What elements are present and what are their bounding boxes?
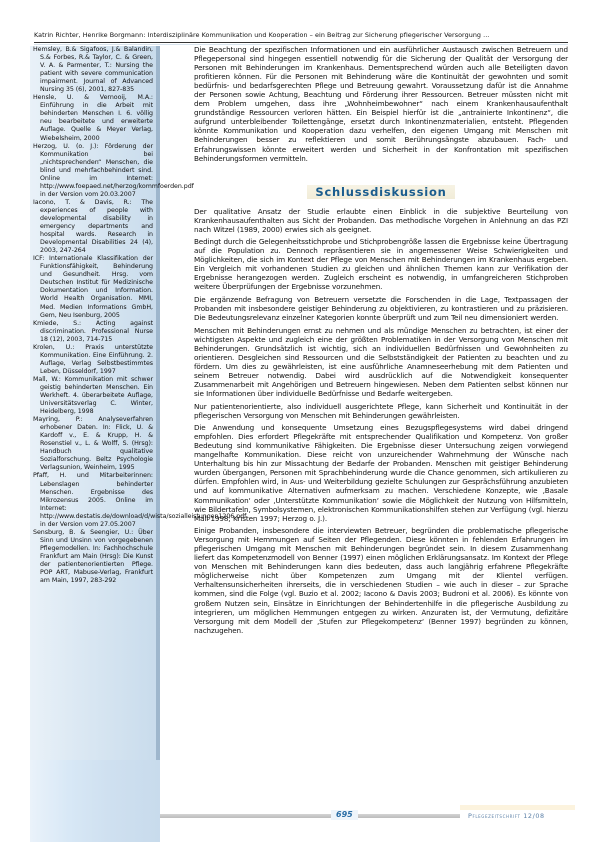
body-paragraph: Einige Probanden, insbesondere die inter… [194, 526, 568, 635]
sidebar-gradient-footer [30, 760, 160, 842]
body-paragraph: Nur patientenorientierte, also individue… [194, 402, 568, 420]
footer-highlight [460, 805, 575, 810]
reference-item: Iacono, T. & Davis, R.: The experiences … [33, 199, 153, 255]
footer-rule [160, 814, 460, 818]
body-paragraph: Der qualitative Ansatz der Studie erlaub… [194, 207, 568, 234]
reference-item: Herzog, U. (o. J.): Förderung der Kommun… [33, 143, 153, 199]
page-number: 695 [331, 810, 358, 820]
reference-item: ICF: Internationale Klassifikation der F… [33, 255, 153, 319]
reference-item: Hemsley, B.& Sigafoos, J.& Balandin, S.&… [33, 46, 153, 94]
page-footer: 695 Pflegezeitschrift 12/08 [160, 811, 575, 821]
section-heading: Schlussdiskussion [194, 185, 568, 199]
reference-item: Kmiede, S.: Acting against discriminatio… [33, 320, 153, 344]
reference-item: Mall, W.: Kommunikation mit schwer geist… [33, 376, 153, 416]
main-text-column: Die Beachtung der spezifischen Informati… [194, 45, 568, 638]
references-list: Hemsley, B.& Sigafoos, J.& Balandin, S.&… [33, 46, 153, 585]
running-title: Katrin Richter, Henrike Borgmann: Interd… [34, 31, 489, 39]
body-paragraph: Menschen mit Behinderungen ernst zu nehm… [194, 326, 568, 398]
reference-item: Pfaff, H. und Mitarbeiterinnen: Lebensla… [33, 472, 153, 528]
body-paragraph: Die ergänzende Befragung von Betreuern v… [194, 295, 568, 322]
intro-paragraph: Die Beachtung der spezifischen Informati… [194, 45, 568, 163]
journal-issue: Pflegezeitschrift 12/08 [468, 811, 545, 821]
reference-item: Sensburg, B. & Seengier, U.: Über Sinn u… [33, 529, 153, 585]
sidebar-edge-stripe [156, 46, 160, 842]
reference-item: Mayring, P.: Analyseverfahren erhobener … [33, 416, 153, 472]
body-paragraph: Bedingt durch die Gelegenheitsstichprobe… [194, 237, 568, 291]
running-header: Katrin Richter, Henrike Borgmann: Interd… [34, 30, 568, 43]
reference-item: Krolen, U.: Praxis unterstützte Kommunik… [33, 344, 153, 376]
section-title: Schlussdiskussion [307, 185, 454, 199]
reference-item: Hensle, U. & Vernooij, M.A.: Einführung … [33, 94, 153, 142]
body-paragraph: Die Anwendung und konsequente Umsetzung … [194, 423, 568, 523]
